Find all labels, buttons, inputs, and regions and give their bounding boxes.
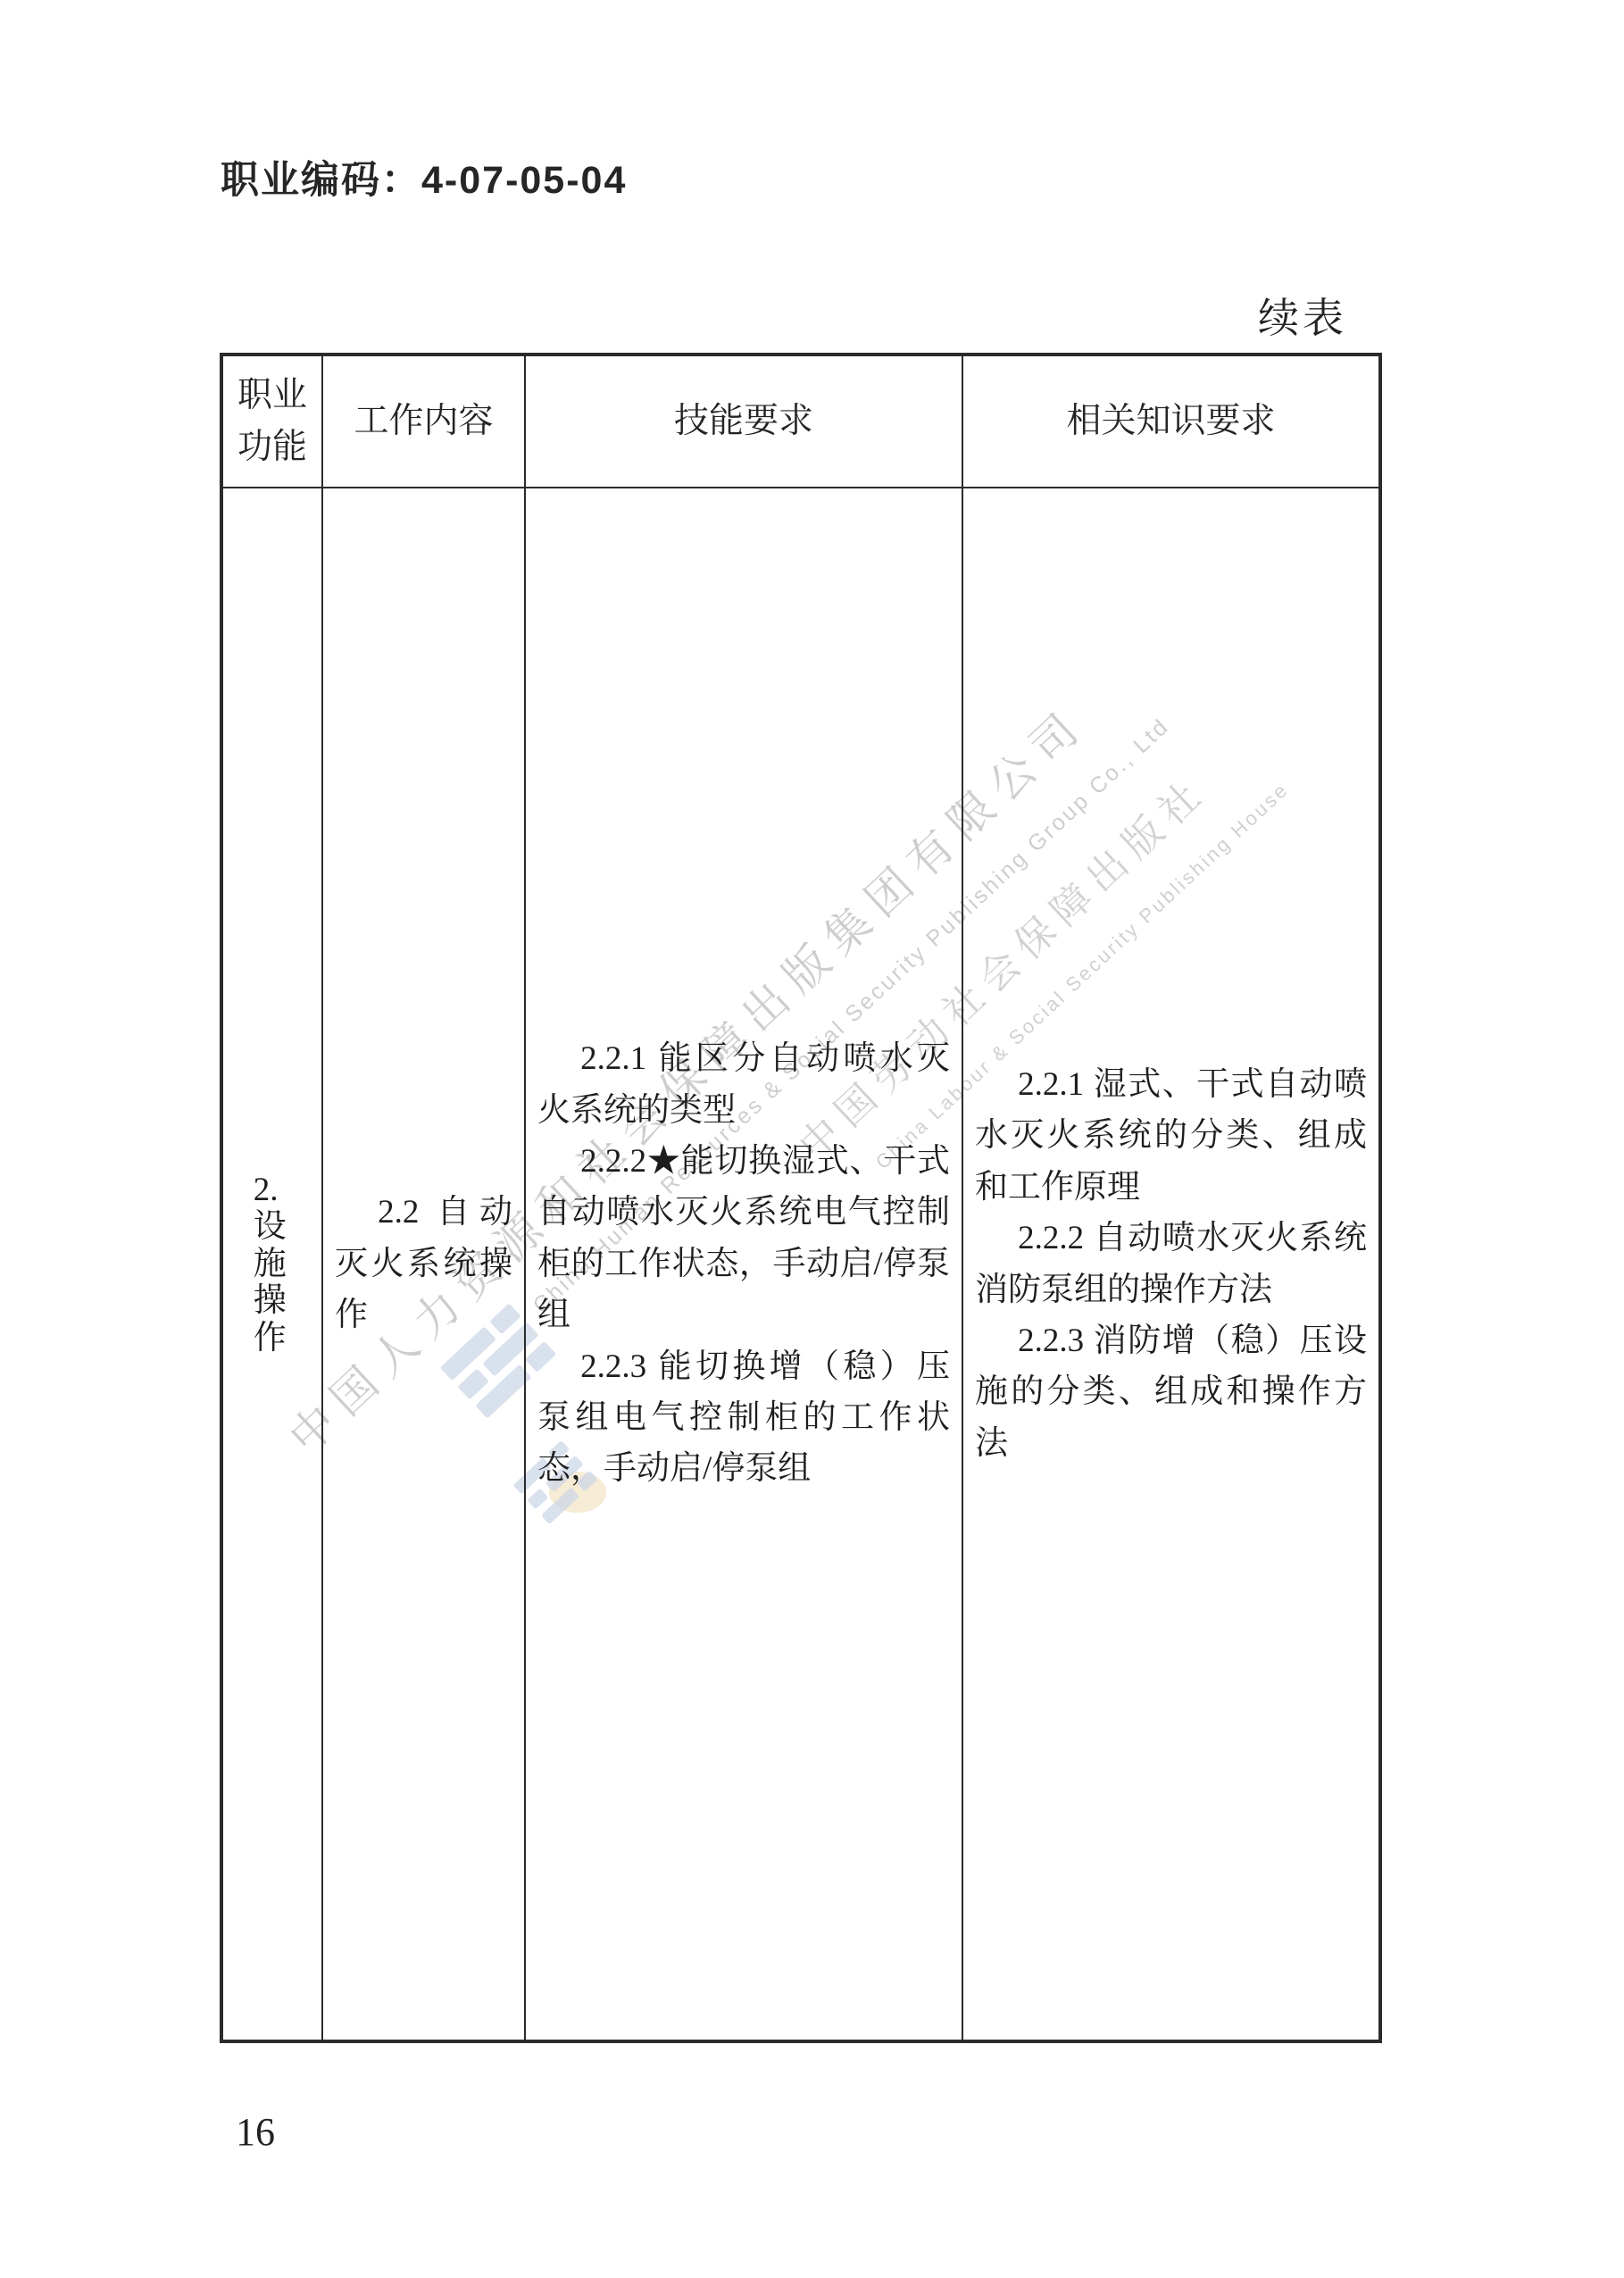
header-cell-work-content: 工作内容 (323, 356, 526, 488)
function-number: 2. (254, 1172, 292, 1208)
work-content-box: 2.2 自动灭火系统操作 (323, 1187, 524, 1340)
function-label: 设施操作 (254, 1208, 292, 1356)
cell-skill-requirements: 2.2.1 能区分自动喷水灭火系统的类型 2.2.2★能切换湿式、干式自动喷水灭… (526, 488, 963, 2040)
skill-requirement-item: 2.2.3 能切换增（稳）压泵组电气控制柜的工作状态，手动启/停泵组 (537, 1341, 950, 1495)
header-label: 职业功能 (234, 370, 311, 474)
header-cell-knowledge-requirements: 相关知识要求 (963, 356, 1378, 488)
cell-knowledge-requirements: 2.2.1 湿式、干式自动喷水灭火系统的分类、组成和工作原理 2.2.2 自动喷… (963, 488, 1378, 2040)
page-number: 16 (236, 2109, 275, 2155)
header-cell-occupational-function: 职业功能 (223, 356, 323, 488)
header-label: 相关知识要求 (1066, 396, 1275, 448)
knowledge-requirement-item: 2.2.2 自动喷水灭火系统消防泵组的操作方法 (975, 1213, 1367, 1315)
work-content-text: 2.2 自动灭火系统操作 (335, 1187, 512, 1340)
cell-occupational-function: 2. 设施操作 (223, 488, 323, 2040)
function-block: 2. 设施操作 (223, 1172, 321, 1356)
skill-requirements-box: 2.2.1 能区分自动喷水灭火系统的类型 2.2.2★能切换湿式、干式自动喷水灭… (526, 1033, 962, 1494)
knowledge-requirement-item: 2.2.3 消防增（稳）压设施的分类、组成和操作方法 (975, 1315, 1367, 1469)
skill-requirement-item: 2.2.1 能区分自动喷水灭火系统的类型 (537, 1033, 950, 1136)
knowledge-requirements-box: 2.2.1 湿式、干式自动喷水灭火系统的分类、组成和工作原理 2.2.2 自动喷… (963, 1059, 1378, 1469)
standards-table: 职业功能 工作内容 技能要求 相关知识要求 2. 设施操作 2.2 自动灭火系统… (220, 353, 1382, 2043)
skill-requirement-item: 2.2.2★能切换湿式、干式自动喷水灭火系统电气控制柜的工作状态，手动启/停泵组 (537, 1136, 950, 1340)
continued-table-label: 续表 (1258, 286, 1347, 345)
knowledge-requirement-item: 2.2.1 湿式、干式自动喷水灭火系统的分类、组成和工作原理 (975, 1059, 1367, 1213)
cell-work-content: 2.2 自动灭火系统操作 (323, 488, 526, 2040)
header-label: 工作内容 (354, 396, 493, 448)
header-cell-skill-requirements: 技能要求 (526, 356, 963, 488)
document-page: 中国人力资源和社会保障出版集团有限公司 China Human Resource… (0, 0, 1624, 2278)
header-label: 技能要求 (674, 396, 813, 448)
occupation-code: 职业编码：4-07-05-04 (221, 150, 627, 204)
